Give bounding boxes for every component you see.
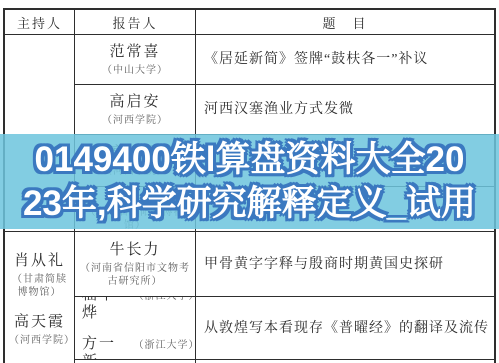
- header-title-label: 题 目: [322, 13, 367, 32]
- ad-text-line1: 0149400铁l算盘资料大全20: [35, 140, 465, 180]
- speaker-affiliation: （中山大学）: [98, 64, 172, 77]
- title-cell: 从敦煌写本看现存《普曜经》的翻译及流传: [196, 297, 494, 360]
- speaker-name: 方一新: [82, 335, 130, 361]
- title-cell: 甲骨黄字字释与殷商时期黄国史探研: [196, 232, 494, 297]
- header-speaker-label: 报告人: [112, 13, 157, 32]
- speaker-entry: 嵇华烨 （浙江大学）: [82, 297, 195, 322]
- host-affiliation: （甘肃简牍博物馆）: [5, 273, 74, 299]
- speaker-name: 范常喜: [109, 43, 160, 61]
- host-name: 高天霞: [14, 313, 65, 331]
- talk-title: 《居延新简》签牌“鼓枎各一”补议: [204, 50, 428, 69]
- speaker-cell: 嵇华烨 （浙江大学） 方一新 （浙江大学）: [75, 297, 196, 360]
- page: 主持人 报告人 题 目 范常喜 （中山大学） 《居延新简》签牌“鼓枎各一”补议 …: [0, 0, 499, 363]
- speaker-affiliation: （浙江大学）: [134, 297, 195, 303]
- speaker-name: 嵇华烨: [82, 297, 130, 322]
- speaker-affiliation: （河南省信阳市文物考古研究所）: [75, 262, 195, 288]
- speaker-cell: 范常喜 （中山大学）: [75, 35, 196, 85]
- speaker-cell: 牛长力 （河南省信阳市文物考古研究所）: [75, 232, 196, 297]
- talk-title: 甲骨黄字字释与殷商时期黄国史探研: [204, 255, 444, 274]
- header-host: 主持人: [5, 10, 75, 35]
- title-cell: 《居延新简》签牌“鼓枎各一”补议: [196, 35, 494, 85]
- host-entry: 肖从礼 （甘肃简牍博物馆）: [5, 252, 74, 299]
- ad-overlay-banner[interactable]: 0149400铁l算盘资料大全20 23年,科学研究解释定义_试用: [0, 134, 499, 229]
- speaker-affiliation: （浙江大学）: [134, 339, 195, 352]
- header-title: 题 目: [196, 10, 494, 35]
- speaker-name: 高启安: [109, 93, 160, 111]
- ad-text-line2: 23年,科学研究解释定义_试用: [23, 184, 476, 224]
- host-name: 肖从礼: [14, 252, 65, 270]
- talk-title: 从敦煌写本看现存《普曜经》的翻译及流传: [204, 319, 489, 338]
- host-affiliation: （河西学院）: [5, 334, 74, 347]
- header-host-label: 主持人: [17, 13, 62, 32]
- host-entry: 高天霞 （河西学院）: [5, 313, 74, 347]
- speaker-affiliation: （河西学院）: [98, 114, 172, 127]
- speaker-entry: 方一新 （浙江大学）: [82, 335, 195, 361]
- title-cell: 河西汉塞渔业方式发微: [196, 85, 494, 135]
- header-speaker: 报告人: [75, 10, 196, 35]
- speaker-name: 牛长力: [109, 241, 160, 259]
- host-cell-group2: 肖从礼 （甘肃简牍博物馆） 高天霞 （河西学院）: [5, 232, 75, 363]
- speaker-cell: 高启安 （河西学院）: [75, 85, 196, 135]
- talk-title: 河西汉塞渔业方式发微: [204, 100, 354, 119]
